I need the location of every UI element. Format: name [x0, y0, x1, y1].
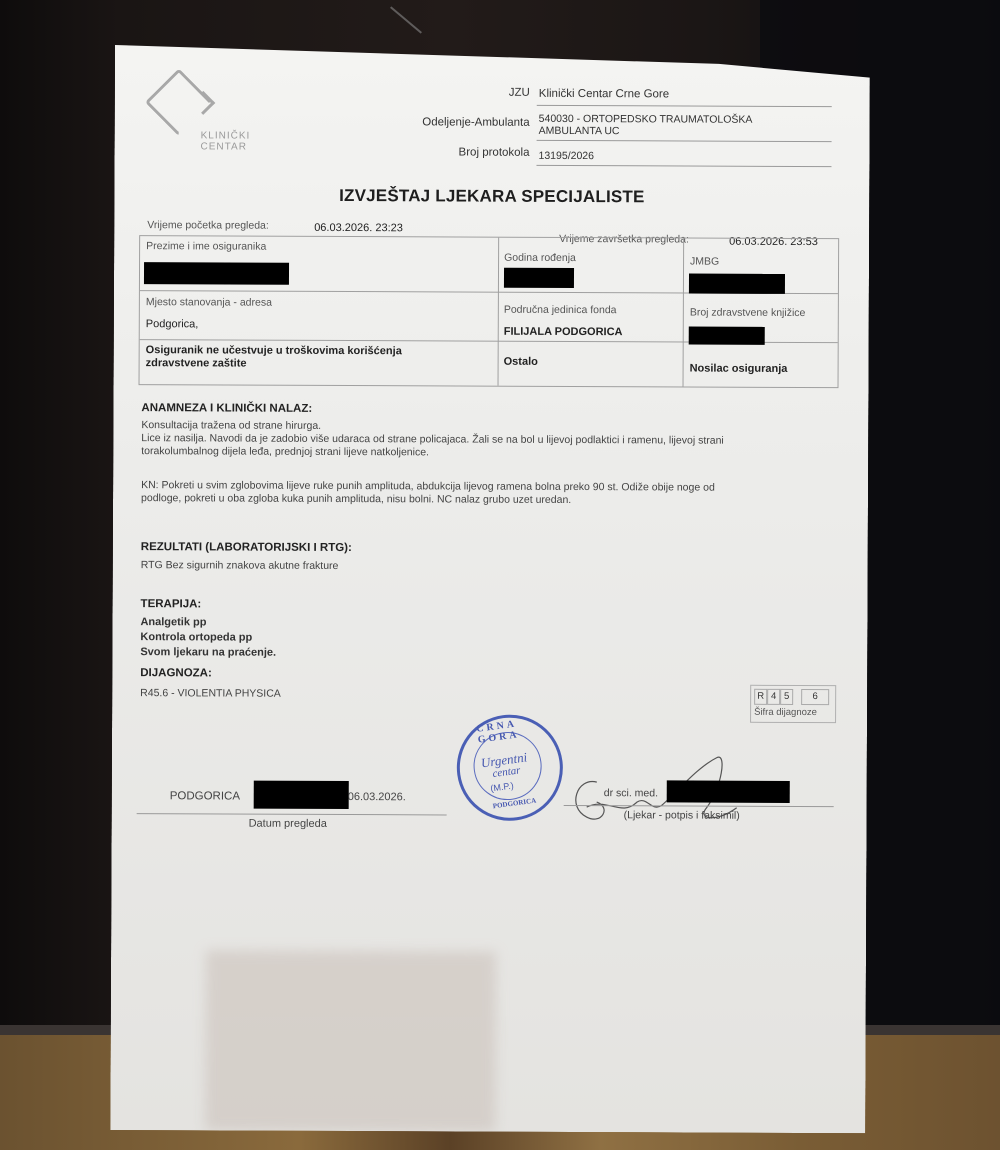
medical-report-paper: KLINIČKI CENTAR JZU Klinički Centar Crne…: [110, 45, 870, 1133]
therapy-item: Svom ljekaru na praćenje.: [140, 645, 276, 661]
anamnesis-heading: ANAMNEZA I KLINIČKI NALAZ:: [141, 402, 312, 415]
fund-unit-value: FILIJALA PODGORICA: [504, 326, 623, 339]
code-cell: 5: [780, 689, 793, 705]
exam-start-value: 06.03.2026. 23:23: [314, 222, 403, 234]
diagnosis-text: R45.6 - VIOLENTIA PHYSICA: [140, 687, 840, 703]
logo-text-line2: CENTAR: [201, 141, 251, 152]
department-underline: [537, 140, 832, 142]
code-cell: R: [754, 689, 767, 705]
insurance-status-value: Nosilac osiguranja: [690, 363, 788, 375]
therapy-heading: TERAPIJA:: [141, 598, 202, 610]
diagnosis-code-caption: Šifra dijagnoze: [754, 707, 817, 718]
code-cell: 6: [801, 689, 829, 705]
protocol-number: 13195/2026: [538, 150, 594, 162]
patient-info-table: Prezime i ime osiguranika Godina rođenja…: [139, 235, 840, 388]
address-value: Podgorica,: [146, 318, 199, 330]
exam-place: PODGORICA: [170, 790, 240, 802]
photo-shadow: [205, 950, 496, 1131]
category-value: Ostalo: [504, 356, 538, 368]
protocol-underline: [536, 165, 831, 167]
diagnosis-heading: DIJAGNOZA:: [140, 667, 212, 679]
therapy-item: Kontrola ortopeda pp: [140, 630, 276, 646]
diagnosis-code-box: R 4 5 6 Šifra dijagnoze: [750, 685, 836, 723]
results-text: RTG Bez sigurnih znakova akutne frakture: [141, 559, 841, 575]
clinical-findings-text: KN: Pokreti u svim zglobovima lijeve ruk…: [141, 479, 841, 508]
date-caption: Datum pregleda: [249, 818, 327, 830]
anamnesis-text: Konsultacija tražena od strane hirurga. …: [141, 419, 841, 461]
protocol-label: Broj protokola: [415, 146, 530, 159]
department-label: Odeljenje-Ambulanta: [385, 116, 530, 129]
logo-text-line1: KLINIČKI: [201, 130, 251, 141]
jzu-underline: [537, 105, 832, 107]
therapy-item: Analgetik pp: [140, 615, 276, 631]
department-value: 540030 - ORTOPEDSKO TRAUMATOLOŠKA AMBULA…: [539, 113, 753, 138]
redacted-doctor-name: [667, 780, 790, 803]
therapy-list: Analgetik pp Kontrola ortopeda pp Svom l…: [140, 615, 276, 661]
doctor-title: dr sci. med.: [604, 787, 658, 799]
jmbg-label: JMBG: [690, 256, 719, 268]
urgent-center-stamp: CRNA GORA Urgentni centar (M.P.) PODGORI…: [450, 708, 569, 827]
jzu-label: JZU: [445, 86, 530, 98]
doctor-signature-caption: (Ljekar - potpis i faksimil): [624, 809, 740, 822]
fund-unit-label: Područna jedinica fonda: [504, 304, 617, 316]
redacted-patient-name: [144, 262, 289, 285]
results-heading: REZULTATI (LABORATORIJSKI I RTG):: [141, 541, 352, 554]
redacted-birth-year: [504, 268, 574, 288]
birth-year-label: Godina rođenja: [504, 252, 576, 264]
patient-name-label: Prezime i ime osiguranika: [146, 240, 266, 253]
redacted-health-card: [689, 327, 765, 345]
jzu-value: Klinički Centar Crne Gore: [539, 88, 669, 101]
code-cell: 4: [767, 689, 780, 705]
address-label: Mjesto stanovanja - adresa: [146, 296, 272, 309]
cost-participation-text: Osiguranik ne učestvuje u troškovima kor…: [146, 344, 402, 371]
date-underline: [137, 813, 447, 815]
health-card-label: Broj zdravstvene knjižice: [690, 307, 806, 320]
exam-date: 06.03.2026.: [348, 791, 406, 803]
document-title: IZVJEŠTAJ LJEKARA SPECIJALISTE: [114, 185, 869, 208]
klinicki-centar-logo: KLINIČKI CENTAR: [142, 70, 252, 160]
redacted-jmbg: [689, 274, 785, 294]
redacted-footer-field: [254, 781, 349, 809]
exam-start-label: Vrijeme početka pregleda:: [147, 219, 269, 232]
